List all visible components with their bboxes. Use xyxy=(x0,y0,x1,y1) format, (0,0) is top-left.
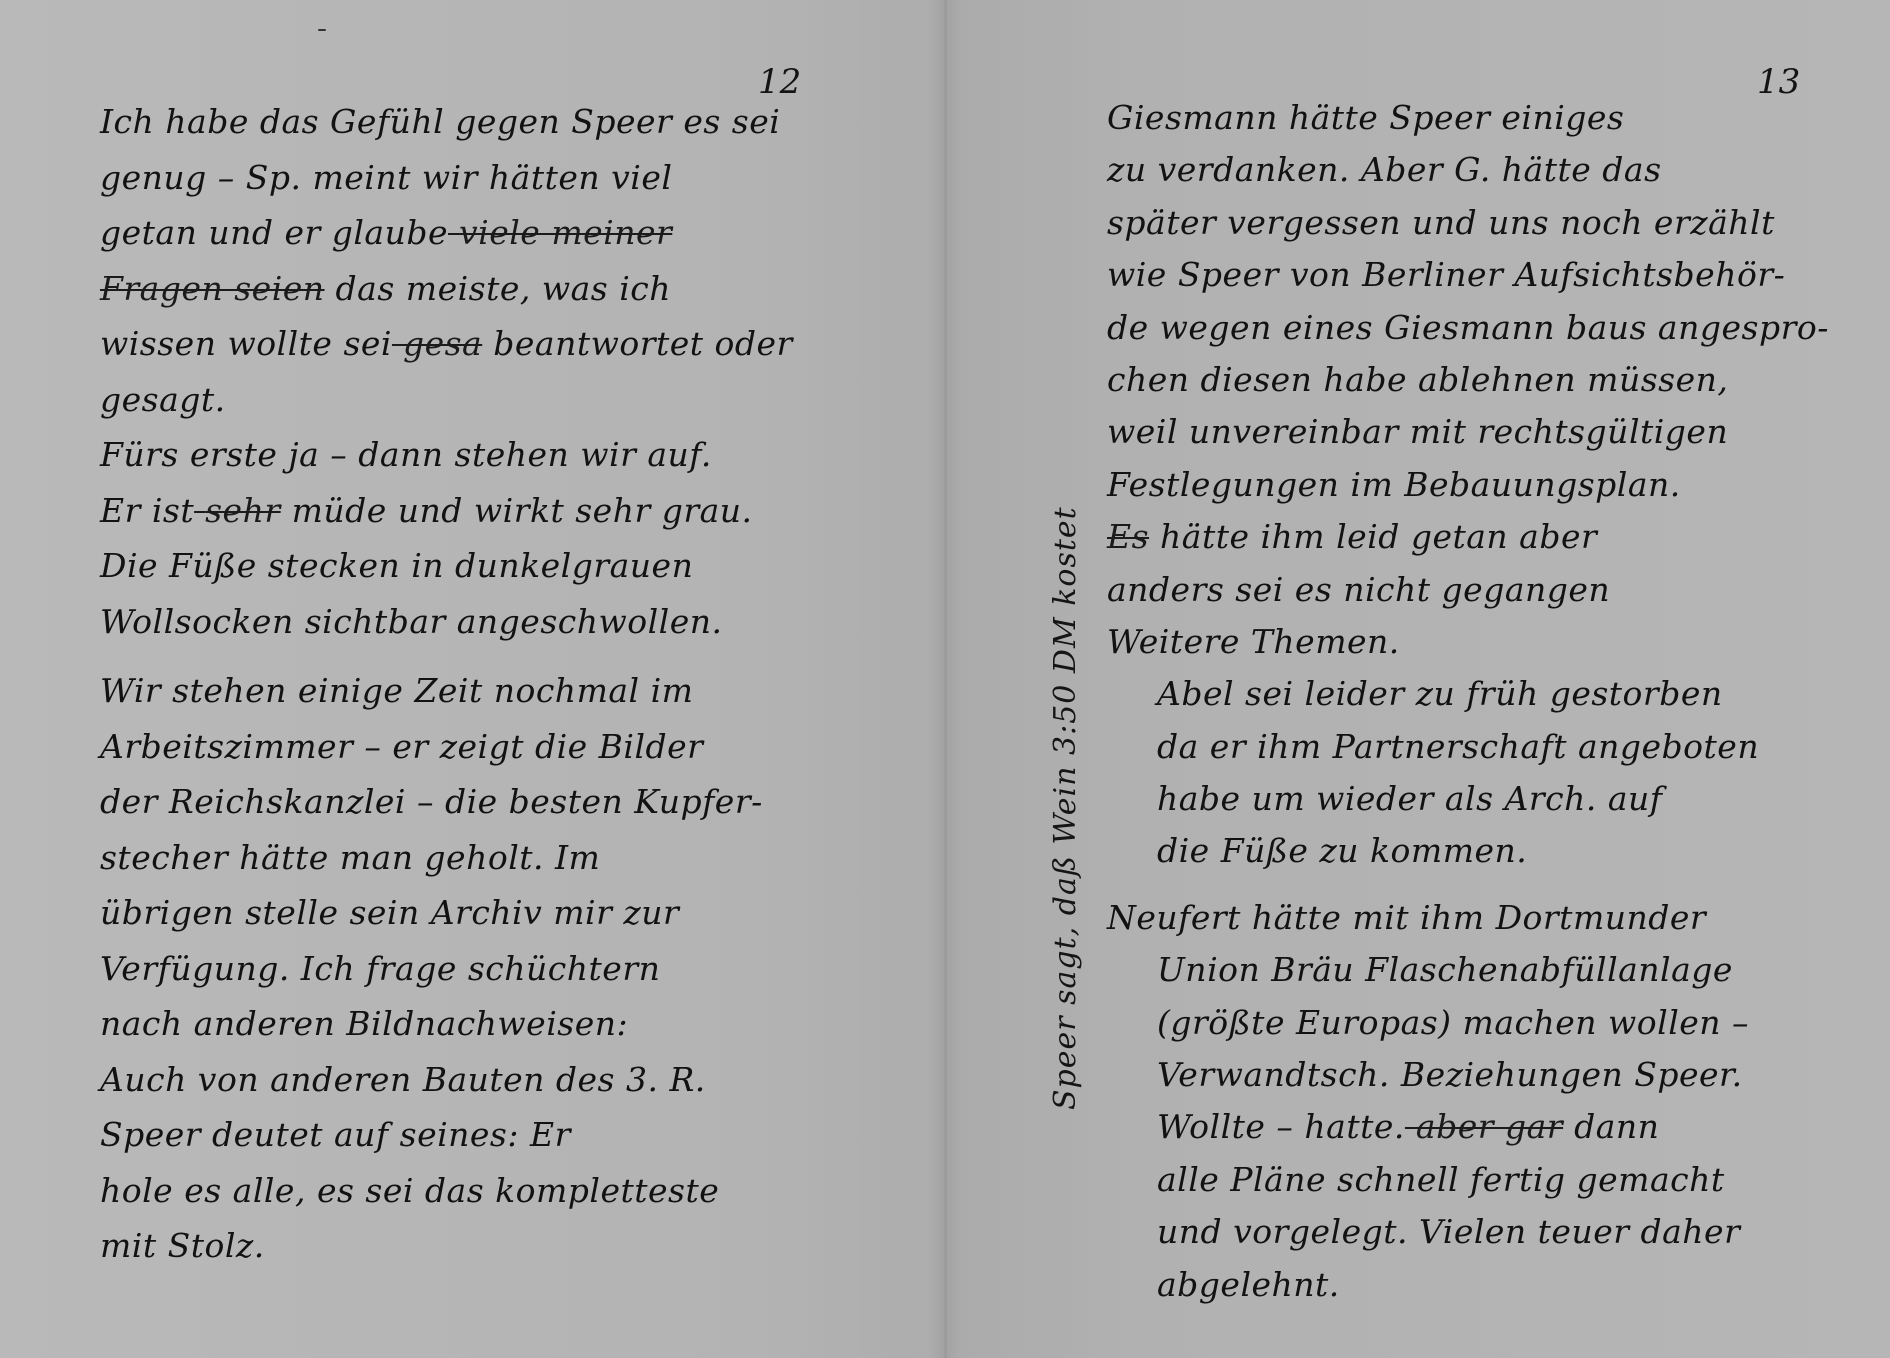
line-text: (größte Europas) machen wollen – xyxy=(1157,1003,1749,1042)
line-text: Giesmann hätte Speer einiges xyxy=(1107,98,1624,137)
line-text: wissen wollte sei xyxy=(100,324,392,363)
line-text: Ich habe das Gefühl gegen Speer es sei xyxy=(100,102,780,141)
line-text: getan und er glaube xyxy=(100,213,448,252)
handwritten-line: zu verdanken. Aber G. hätte das xyxy=(1107,144,1827,196)
handwritten-line: Weitere Themen. xyxy=(1107,616,1827,668)
line-text: das meiste, was ich xyxy=(325,269,671,308)
handwritten-line: Eshätte ihm leid getan aber xyxy=(1107,511,1827,563)
handwritten-text-block: Ich habe das Gefühl gegen Speer es seige… xyxy=(100,94,840,1274)
handwritten-line: Arbeitszimmer – er zeigt die Bilder xyxy=(100,719,840,775)
line-text: später vergessen und uns noch erzählt xyxy=(1107,203,1775,242)
handwritten-line: Abel sei leider zu früh gestorben xyxy=(1107,668,1827,720)
line-text: da er ihm Partnerschaft angeboten xyxy=(1157,727,1759,766)
line-text: und vorgelegt. Vielen teuer daher xyxy=(1157,1212,1740,1251)
handwritten-line: abgelehnt. xyxy=(1107,1259,1827,1311)
handwritten-line: mit Stolz. xyxy=(100,1218,840,1274)
struck-through-text: sehr xyxy=(194,491,281,530)
line-text: stecher hätte man geholt. Im xyxy=(100,838,600,877)
handwritten-line: genug – Sp. meint wir hätten viel xyxy=(100,150,840,206)
handwritten-line: die Füße zu kommen. xyxy=(1107,825,1827,877)
handwritten-line: Die Füße stecken in dunkelgrauen xyxy=(100,538,840,594)
left-page: 12 Ich habe das Gefühl gegen Speer es se… xyxy=(0,0,944,1358)
handwritten-line: Union Bräu Flaschenabfüllanlage xyxy=(1107,944,1827,996)
handwritten-line: da er ihm Partnerschaft angeboten xyxy=(1107,721,1827,773)
line-text: Weitere Themen. xyxy=(1107,622,1400,661)
handwritten-line: Er istsehrmüde und wirkt sehr grau. xyxy=(100,483,840,539)
handwritten-text-block: Giesmann hätte Speer einigeszu verdanken… xyxy=(1107,92,1827,1311)
handwritten-line: nach anderen Bildnachweisen: xyxy=(100,996,840,1052)
line-text: Festlegungen im Bebauungsplan. xyxy=(1107,465,1681,504)
handwritten-line: Wollte – hatte.aber gardann xyxy=(1107,1101,1827,1153)
struck-through-text: Es xyxy=(1107,517,1149,556)
handwritten-line: Wollsocken sichtbar angeschwollen. xyxy=(100,594,840,650)
line-text: übrigen stelle sein Archiv mir zur xyxy=(100,893,679,932)
line-text: Abel sei leider zu früh gestorben xyxy=(1157,674,1723,713)
handwritten-line: Auch von anderen Bauten des 3. R. xyxy=(100,1052,840,1108)
handwritten-line: später vergessen und uns noch erzählt xyxy=(1107,197,1827,249)
struck-through-text: gesa xyxy=(392,324,482,363)
handwritten-line: der Reichskanzlei – die besten Kupfer- xyxy=(100,774,840,830)
line-text: Arbeitszimmer – er zeigt die Bilder xyxy=(100,727,703,766)
line-text: der Reichskanzlei – die besten Kupfer- xyxy=(100,782,763,821)
handwritten-line: alle Pläne schnell fertig gemacht xyxy=(1107,1154,1827,1206)
handwritten-line: Fürs erste ja – dann stehen wir auf. xyxy=(100,427,840,483)
struck-through-text: aber gar xyxy=(1405,1107,1563,1146)
line-text: anders sei es nicht gegangen xyxy=(1107,570,1610,609)
line-text: Er ist xyxy=(100,491,194,530)
handwritten-line: habe um wieder als Arch. auf xyxy=(1107,773,1827,825)
line-text: de wegen eines Giesmann baus angespro- xyxy=(1107,308,1829,347)
line-text: chen diesen habe ablehnen müssen, xyxy=(1107,360,1728,399)
handwritten-line: stecher hätte man geholt. Im xyxy=(100,830,840,886)
handwritten-line: Verfügung. Ich frage schüchtern xyxy=(100,941,840,997)
line-text: alle Pläne schnell fertig gemacht xyxy=(1157,1160,1725,1199)
handwritten-line: Speer deutet auf seines: Er xyxy=(100,1107,840,1163)
line-text: müde und wirkt sehr grau. xyxy=(281,491,753,530)
line-text: hole es alle, es sei das kompletteste xyxy=(100,1171,719,1210)
line-text: zu verdanken. Aber G. hätte das xyxy=(1107,150,1662,189)
line-text: Auch von anderen Bauten des 3. R. xyxy=(100,1060,706,1099)
line-text: dann xyxy=(1563,1107,1659,1146)
line-text: hätte ihm leid getan aber xyxy=(1149,517,1597,556)
line-text: wie Speer von Berliner Aufsichtsbehör- xyxy=(1107,255,1785,294)
line-text: abgelehnt. xyxy=(1157,1265,1340,1304)
struck-through-text: Fragen seien xyxy=(100,269,325,308)
line-text: Verwandtsch. Beziehungen Speer. xyxy=(1157,1055,1743,1094)
handwritten-line: Fragen seiendas meiste, was ich xyxy=(100,261,840,317)
line-text: habe um wieder als Arch. auf xyxy=(1157,779,1662,818)
notebook-spread: 12 Ich habe das Gefühl gegen Speer es se… xyxy=(0,0,1890,1358)
handwritten-line: wie Speer von Berliner Aufsichtsbehör- xyxy=(1107,249,1827,301)
handwritten-line: übrigen stelle sein Archiv mir zur xyxy=(100,885,840,941)
line-text: beantwortet oder xyxy=(482,324,793,363)
handwritten-line: (größte Europas) machen wollen – xyxy=(1107,997,1827,1049)
handwritten-line: Giesmann hätte Speer einiges xyxy=(1107,92,1827,144)
right-page: 13 Giesmann hätte Speer einigeszu verdan… xyxy=(947,0,1890,1358)
handwritten-line: weil unvereinbar mit rechtsgültigen xyxy=(1107,406,1827,458)
line-text: die Füße zu kommen. xyxy=(1157,831,1527,870)
handwritten-line: anders sei es nicht gegangen xyxy=(1107,564,1827,616)
handwritten-line: chen diesen habe ablehnen müssen, xyxy=(1107,354,1827,406)
line-text: nach anderen Bildnachweisen: xyxy=(100,1004,628,1043)
handwritten-line: de wegen eines Giesmann baus angespro- xyxy=(1107,302,1827,354)
line-text: Wollte – hatte. xyxy=(1157,1107,1405,1146)
handwritten-line: wissen wollte seigesabeantwortet oder xyxy=(100,316,840,372)
ink-speck xyxy=(318,29,326,31)
line-text: Speer deutet auf seines: Er xyxy=(100,1115,571,1154)
line-text: Fürs erste ja – dann stehen wir auf. xyxy=(100,435,712,474)
handwritten-line: Festlegungen im Bebauungsplan. xyxy=(1107,459,1827,511)
handwritten-line: getan und er glaubeviele meiner xyxy=(100,205,840,261)
line-text: gesagt. xyxy=(100,380,226,419)
handwritten-line: hole es alle, es sei das kompletteste xyxy=(100,1163,840,1219)
handwritten-line: und vorgelegt. Vielen teuer daher xyxy=(1107,1206,1827,1258)
line-text: mit Stolz. xyxy=(100,1226,265,1265)
line-text: Union Bräu Flaschenabfüllanlage xyxy=(1157,950,1733,989)
line-text: genug – Sp. meint wir hätten viel xyxy=(100,158,672,197)
line-text: Wollsocken sichtbar angeschwollen. xyxy=(100,602,723,641)
handwritten-line: Ich habe das Gefühl gegen Speer es sei xyxy=(100,94,840,150)
line-text: Verfügung. Ich frage schüchtern xyxy=(100,949,660,988)
line-text: Neufert hätte mit ihm Dortmunder xyxy=(1107,898,1706,937)
handwritten-line: Neufert hätte mit ihm Dortmunder xyxy=(1107,892,1827,944)
handwritten-line: gesagt. xyxy=(100,372,840,428)
line-text: Wir stehen einige Zeit nochmal im xyxy=(100,671,693,710)
handwritten-line: Wir stehen einige Zeit nochmal im xyxy=(100,663,840,719)
handwritten-line: Verwandtsch. Beziehungen Speer. xyxy=(1107,1049,1827,1101)
line-text: Die Füße stecken in dunkelgrauen xyxy=(100,546,693,585)
line-text: weil unvereinbar mit rechtsgültigen xyxy=(1107,412,1728,451)
struck-through-text: viele meiner xyxy=(448,213,672,252)
